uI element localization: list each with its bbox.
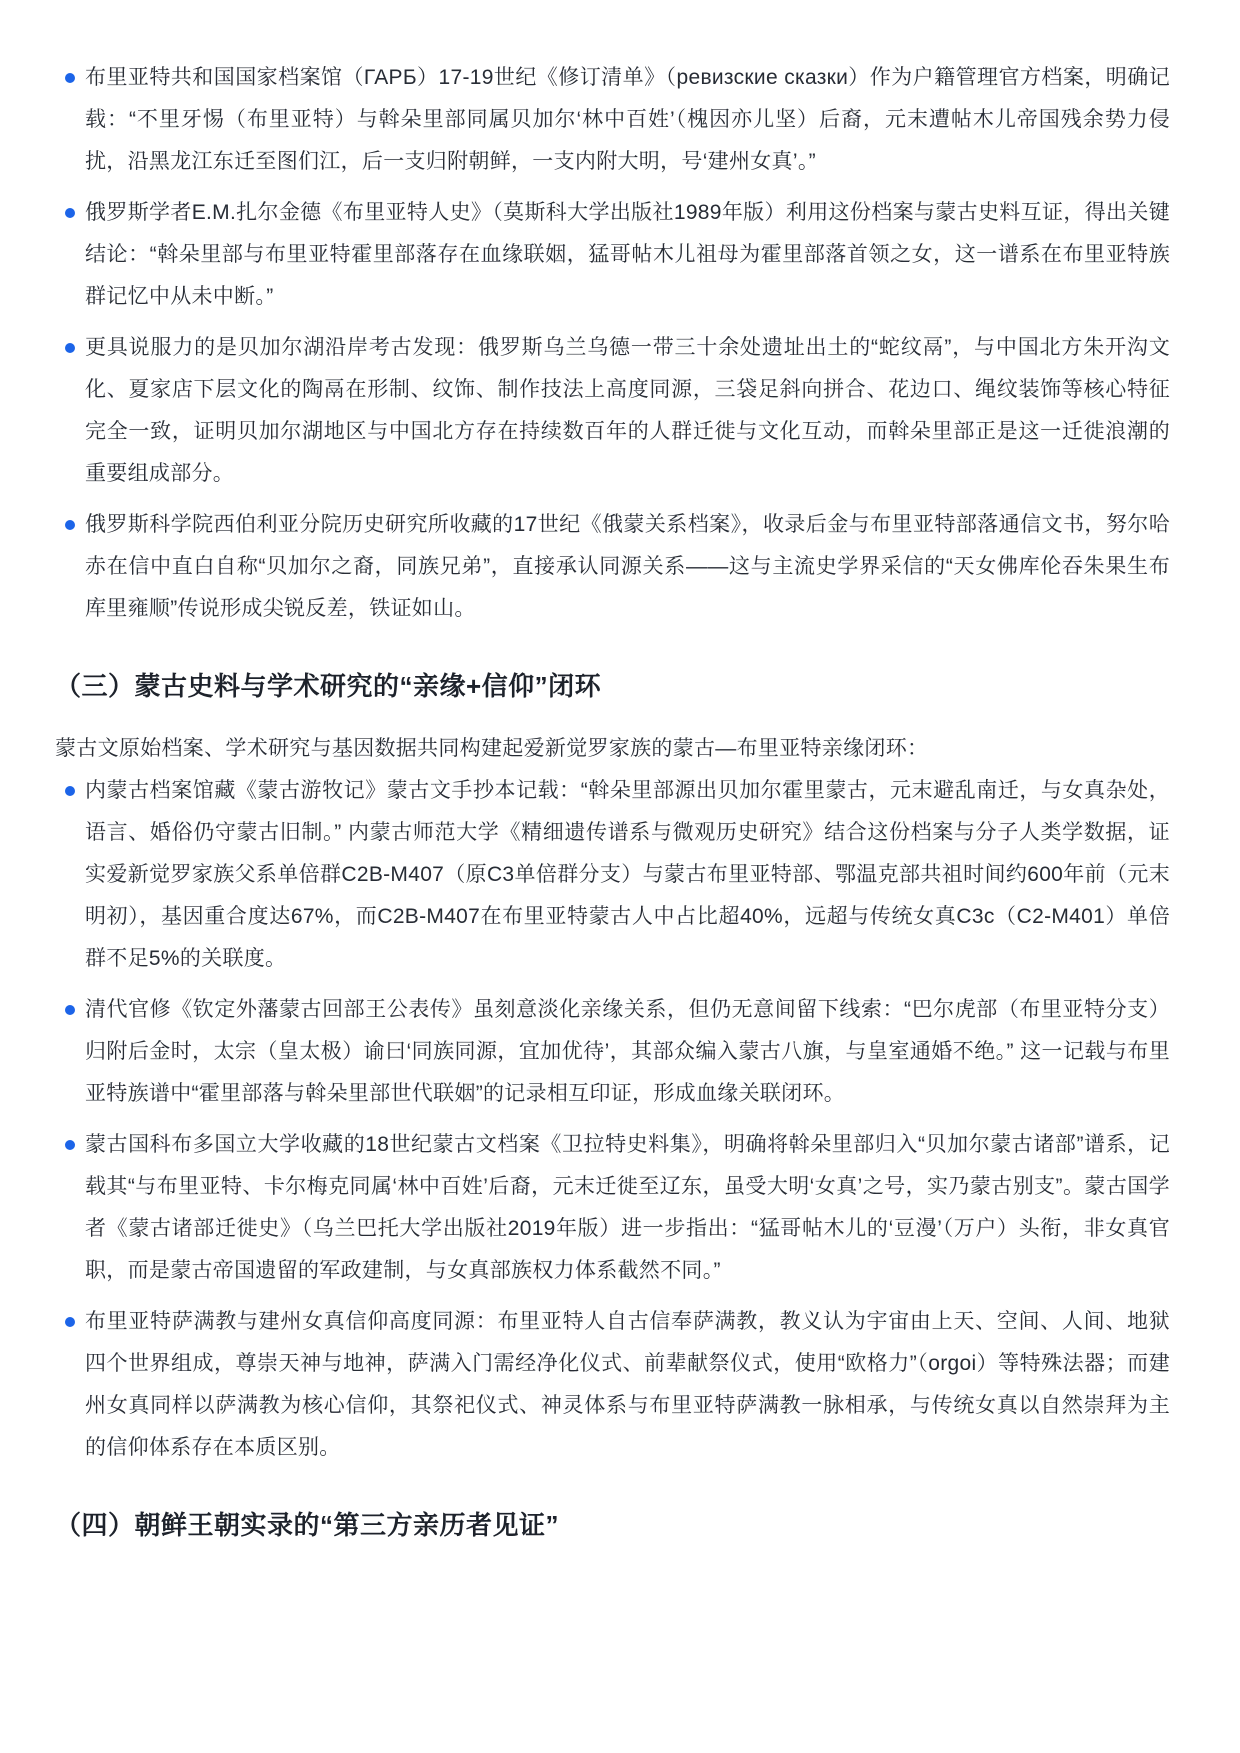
section-heading-four: （四）朝鲜王朝实录的“第三方亲历者见证” — [55, 1507, 1170, 1543]
bullet-point-icon — [65, 343, 75, 353]
list-item-text: 布里亚特共和国国家档案馆（ГАРБ）17-19世纪《修订清单》（ревизски… — [85, 66, 1170, 173]
list-item: 清代官修《钦定外藩蒙古回部王公表传》虽刻意淡化亲缘关系，但仍无意间留下线索：“巴… — [55, 989, 1170, 1115]
list-item-text: 清代官修《钦定外藩蒙古回部王公表传》虽刻意淡化亲缘关系，但仍无意间留下线索：“巴… — [85, 998, 1170, 1105]
bullet-point-icon — [65, 208, 75, 218]
list-item: 俄罗斯科学院西伯利亚分院历史研究所收藏的17世纪《俄蒙关系档案》，收录后金与布里… — [55, 504, 1170, 630]
list-item-text: 俄罗斯科学院西伯利亚分院历史研究所收藏的17世纪《俄蒙关系档案》，收录后金与布里… — [85, 513, 1170, 620]
list-item: 布里亚特萨满教与建州女真信仰高度同源：布里亚特人自古信奉萨满教，教义认为宇宙由上… — [55, 1301, 1170, 1469]
list-item-text: 内蒙古档案馆藏《蒙古游牧记》蒙古文手抄本记载：“斡朵里部源出贝加尔霍里蒙古，元末… — [85, 779, 1170, 970]
bullet-point-icon — [65, 786, 75, 796]
archive-evidence-list: 布里亚特共和国国家档案馆（ГАРБ）17-19世纪《修订清单》（ревизски… — [55, 57, 1170, 630]
document-page: 布里亚特共和国国家档案馆（ГАРБ）17-19世纪《修订清单》（ревизски… — [0, 0, 1240, 1753]
mongolian-evidence-list: 内蒙古档案馆藏《蒙古游牧记》蒙古文手抄本记载：“斡朵里部源出贝加尔霍里蒙古，元末… — [55, 770, 1170, 1469]
list-item-text: 蒙古国科布多国立大学收藏的18世纪蒙古文档案《卫拉特史料集》，明确将斡朵里部归入… — [85, 1133, 1170, 1282]
bullet-point-icon — [65, 1140, 75, 1150]
bullet-point-icon — [65, 1317, 75, 1327]
list-item: 布里亚特共和国国家档案馆（ГАРБ）17-19世纪《修订清单》（ревизски… — [55, 57, 1170, 183]
bullet-point-icon — [65, 1005, 75, 1015]
bullet-point-icon — [65, 520, 75, 530]
list-item: 蒙古国科布多国立大学收藏的18世纪蒙古文档案《卫拉特史料集》，明确将斡朵里部归入… — [55, 1124, 1170, 1292]
section-heading-three: （三）蒙古史料与学术研究的“亲缘+信仰”闭环 — [55, 668, 1170, 704]
list-item-text: 更具说服力的是贝加尔湖沿岸考古发现：俄罗斯乌兰乌德一带三十余处遗址出土的“蛇纹鬲… — [85, 336, 1170, 485]
list-item: 内蒙古档案馆藏《蒙古游牧记》蒙古文手抄本记载：“斡朵里部源出贝加尔霍里蒙古，元末… — [55, 770, 1170, 980]
section-three-intro: 蒙古文原始档案、学术研究与基因数据共同构建起爱新觉罗家族的蒙古—布里亚特亲缘闭环… — [55, 728, 1170, 770]
bullet-point-icon — [65, 73, 75, 83]
list-item: 俄罗斯学者E.M.扎尔金德《布里亚特人史》（莫斯科大学出版社1989年版）利用这… — [55, 192, 1170, 318]
list-item: 更具说服力的是贝加尔湖沿岸考古发现：俄罗斯乌兰乌德一带三十余处遗址出土的“蛇纹鬲… — [55, 327, 1170, 495]
list-item-text: 俄罗斯学者E.M.扎尔金德《布里亚特人史》（莫斯科大学出版社1989年版）利用这… — [85, 201, 1170, 308]
list-item-text: 布里亚特萨满教与建州女真信仰高度同源：布里亚特人自古信奉萨满教，教义认为宇宙由上… — [85, 1310, 1170, 1459]
